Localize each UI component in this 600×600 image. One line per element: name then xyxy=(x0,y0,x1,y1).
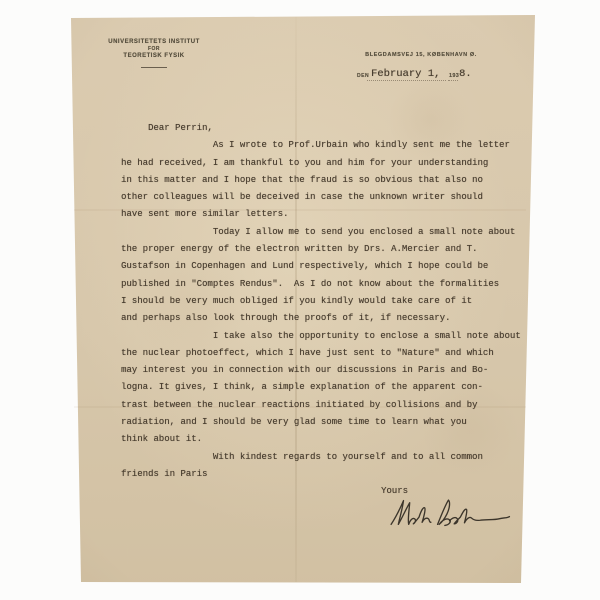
letter-line: I take also the opportunity to enclose a… xyxy=(121,328,521,345)
letterhead-institute-line3: TEORETISK FYSIK xyxy=(94,53,214,60)
letter-line: other colleagues will be deceived in cas… xyxy=(121,189,521,206)
letter-line: Dear Perrin, xyxy=(121,120,521,137)
letter-line: published in "Comptes Rendus". As I do n… xyxy=(121,276,521,293)
letter-line: and perhaps also look through the proofs… xyxy=(121,310,521,327)
letter-line: With kindest regards to yourself and to … xyxy=(121,449,521,466)
letter-line: friends in Paris xyxy=(121,466,521,483)
letter-line: trast between the nuclear reactions init… xyxy=(121,397,521,414)
letter-line: think about it. xyxy=(121,431,521,448)
letter-line: in this matter and I hope that the fraud… xyxy=(121,172,521,189)
letter-line: As I wrote to Prof.Urbain who kindly sen… xyxy=(121,137,521,154)
letter-line: he had received, I am thankful to you an… xyxy=(121,155,521,172)
letterhead-address: BLEGDAMSVEJ 15, KØBENHAVN Ø. xyxy=(350,52,492,58)
niels-bohr-signature xyxy=(388,496,512,530)
letter-line: Gustafson in Copenhagen and Lund respect… xyxy=(121,258,521,275)
letter-line: have sent more similar letters. xyxy=(121,206,521,223)
letter-line: the nuclear photoeffect, which I have ju… xyxy=(121,345,521,362)
year-typed: 8. xyxy=(459,68,472,80)
letter-line: I should be very much obliged if you kin… xyxy=(121,293,521,310)
letterhead-rule xyxy=(141,67,167,68)
letter-line: may interest you in connection with our … xyxy=(121,362,521,379)
date-typed: February 1, xyxy=(371,68,440,80)
page-background: UNIVERSITETETS INSTITUT FOR TEORETISK FY… xyxy=(0,0,600,600)
letter-line: Today I allow me to send you enclosed a … xyxy=(121,224,521,241)
letter-line: radiation, and I should be very glad som… xyxy=(121,414,521,431)
letter-line: logna. It gives, I think, a simple expla… xyxy=(121,379,521,396)
letterhead-institute-line2: FOR xyxy=(94,46,214,53)
letterhead-institute-line1: UNIVERSITETETS INSTITUT xyxy=(94,39,214,46)
year-prefix-printed: 193 xyxy=(449,73,459,79)
letterhead-institute: UNIVERSITETETS INSTITUT FOR TEORETISK FY… xyxy=(94,39,214,68)
letter-body: Dear Perrin, As I wrote to Prof.Urbain w… xyxy=(121,120,521,483)
letter-line: the proper energy of the electron writte… xyxy=(121,241,521,258)
